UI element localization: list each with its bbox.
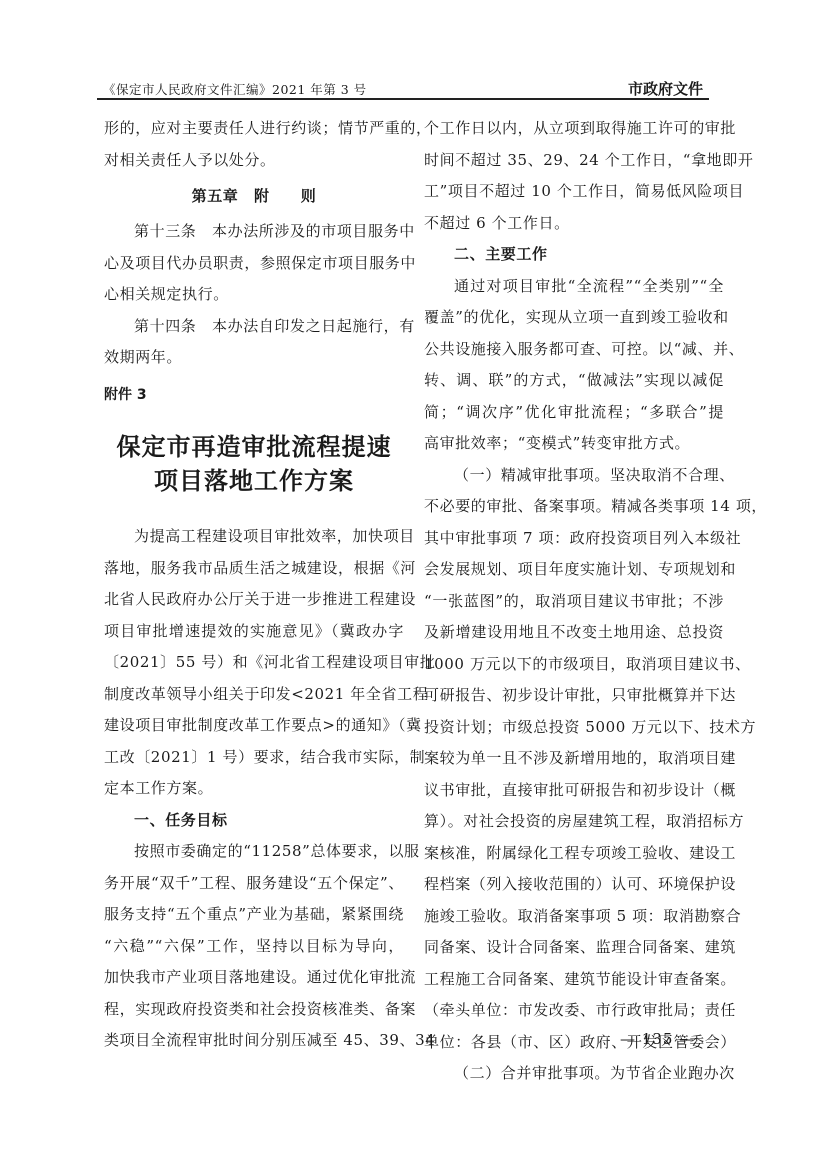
article-14-line: 效期两年。 <box>104 342 404 374</box>
item-1-line: 投资计划；市级总投资 5000 万元以下、技术方 <box>424 712 724 744</box>
item-1-line: 施竣工验收。取消备案事项 5 项：取消勘察合 <box>424 901 724 933</box>
intro-line: 〔2021〕55 号）和《河北省工程建设项目审批 <box>104 647 404 679</box>
section-2-line: 高审批效率；“变模式”转变审批方式。 <box>424 428 724 460</box>
section-2-line: 简；“调次序”优化审批流程；“多联合”提 <box>424 397 724 429</box>
goal-line: 个工作日以内，从立项到取得施工许可的审批 <box>424 113 724 145</box>
section-label: 市政府文件 <box>628 78 703 99</box>
item-1-line: 及新增建设用地且不改变土地用途、总投资 <box>424 617 724 649</box>
item-2-line: （二）合并审批事项。为节省企业跑办次 <box>424 1058 724 1090</box>
item-1-line: 程档案（列入接收范围的）认可、环境保护设 <box>424 869 724 901</box>
goal-line: 时间不超过 35、29、24 个工作日，“拿地即开 <box>424 145 724 177</box>
intro-line: 为提高工程建设项目审批效率，加快项目 <box>104 521 404 553</box>
intro-line: 项目审批增速提效的实施意见》（冀政办字 <box>104 616 404 648</box>
item-1-line: 1000 万元以下的市级项目，取消项目建议书、 <box>424 649 724 681</box>
section-1-line: 务开展“双千”工程、服务建设“五个保定”、 <box>104 868 404 900</box>
section-1-line: 按照市委确定的“11258”总体要求，以服 <box>104 836 404 868</box>
section-1-line: 类项目全流程审批时间分别压减至 45、39、34 <box>104 1025 404 1057</box>
item-1-line: 案核准，附属绿化工程专项竣工验收、建设工 <box>424 838 724 870</box>
section-2-heading: 二、主要工作 <box>424 239 724 271</box>
article-13-line: 心及项目代办员职责，参照保定市项目服务中 <box>104 248 404 280</box>
intro-line: 定本工作方案。 <box>104 773 404 805</box>
item-1-line: 案较为单一且不涉及新增用地的，取消项目建 <box>424 743 724 775</box>
section-1-line: “六稳”“六保”工作，坚持以目标为导向， <box>104 931 404 963</box>
article-13-line: 心相关规定执行。 <box>104 279 404 311</box>
item-1-line: （一）精减审批事项。坚决取消不合理、 <box>424 460 724 492</box>
intro-line: 工改〔2021〕1 号）要求，结合我市实际，制 <box>104 742 404 774</box>
text-line: 对相关责任人予以处分。 <box>104 145 404 177</box>
article-13-line: 第十三条 本办法所涉及的市项目服务中 <box>104 216 404 248</box>
annex-label: 附件 3 <box>104 384 147 404</box>
item-1-line: 不必要的审批、备案事项。精减各类事项 14 项， <box>424 491 724 523</box>
section-1-line: 服务支持“五个重点”产业为基础，紧紧围绕 <box>104 899 404 931</box>
left-column-body: 为提高工程建设项目审批效率，加快项目 落地，服务我市品质生活之城建设，根据《河 … <box>104 521 404 1057</box>
item-1-line: 工程施工合同备案、建筑节能设计审查备案。 <box>424 964 724 996</box>
section-1-line: 加快我市产业项目落地建设。通过优化审批流 <box>104 962 404 994</box>
left-column-top: 形的，应对主要责任人进行约谈；情节严重的， 对相关责任人予以处分。 第五章 附 … <box>104 113 404 374</box>
title-line-2: 项目落地工作方案 <box>104 464 404 498</box>
item-1-line: 同备案、设计合同备案、监理合同备案、建筑 <box>424 932 724 964</box>
running-header: 《保定市人民政府文件汇编》2021 年第 3 号 市政府文件 <box>103 78 703 98</box>
publication-title: 《保定市人民政府文件汇编》2021 年第 3 号 <box>103 80 367 98</box>
item-1-line: 会发展规划、项目年度实施计划、专项规划和 <box>424 554 724 586</box>
header-divider <box>97 98 709 100</box>
section-1-heading: 一、任务目标 <box>104 805 404 837</box>
intro-line: 建设项目审批制度改革工作要点>的通知》（冀 <box>104 710 404 742</box>
item-1-line: “一张蓝图”的，取消项目建议书审批；不涉 <box>424 586 724 618</box>
chapter-title: 第五章 附 则 <box>104 176 404 216</box>
page-number: — 135 — <box>620 1030 695 1048</box>
item-1-line: 其中审批事项 7 项：政府投资项目列入本级社 <box>424 523 724 555</box>
section-1-line: 程，实现政府投资类和社会投资核准类、备案 <box>104 994 404 1026</box>
item-1-line: （牵头单位：市发改委、市行政审批局；责任 <box>424 995 724 1027</box>
section-2-line: 通过对项目审批“全流程”“全类别”“全 <box>424 271 724 303</box>
section-2-line: 覆盖”的优化，实现从立项一直到竣工验收和 <box>424 302 724 334</box>
goal-line: 不超过 6 个工作日。 <box>424 208 724 240</box>
text-line: 形的，应对主要责任人进行约谈；情节严重的， <box>104 113 404 145</box>
title-line-1: 保定市再造审批流程提速 <box>104 430 404 464</box>
document-title: 保定市再造审批流程提速 项目落地工作方案 <box>104 430 404 498</box>
item-1-line: 可研报告、初步设计审批，只审批概算并下达 <box>424 680 724 712</box>
item-1-line: 算）。对社会投资的房屋建筑工程，取消招标方 <box>424 806 724 838</box>
intro-line: 制度改革领导小组关于印发<2021 年全省工程 <box>104 679 404 711</box>
intro-line: 北省人民政府办公厅关于进一步推进工程建设 <box>104 584 404 616</box>
item-1-line: 议书审批，直接审批可研报告和初步设计（概 <box>424 775 724 807</box>
goal-line: 工”项目不超过 10 个工作日，简易低风险项目 <box>424 176 724 208</box>
right-column: 个工作日以内，从立项到取得施工许可的审批 时间不超过 35、29、24 个工作日… <box>424 113 724 1090</box>
section-2-line: 转、调、联”的方式，“做减法”实现以减促 <box>424 365 724 397</box>
intro-line: 落地，服务我市品质生活之城建设，根据《河 <box>104 553 404 585</box>
section-2-line: 公共设施接入服务都可查、可控。以“减、并、 <box>424 334 724 366</box>
article-14-line: 第十四条 本办法自印发之日起施行，有 <box>104 311 404 343</box>
